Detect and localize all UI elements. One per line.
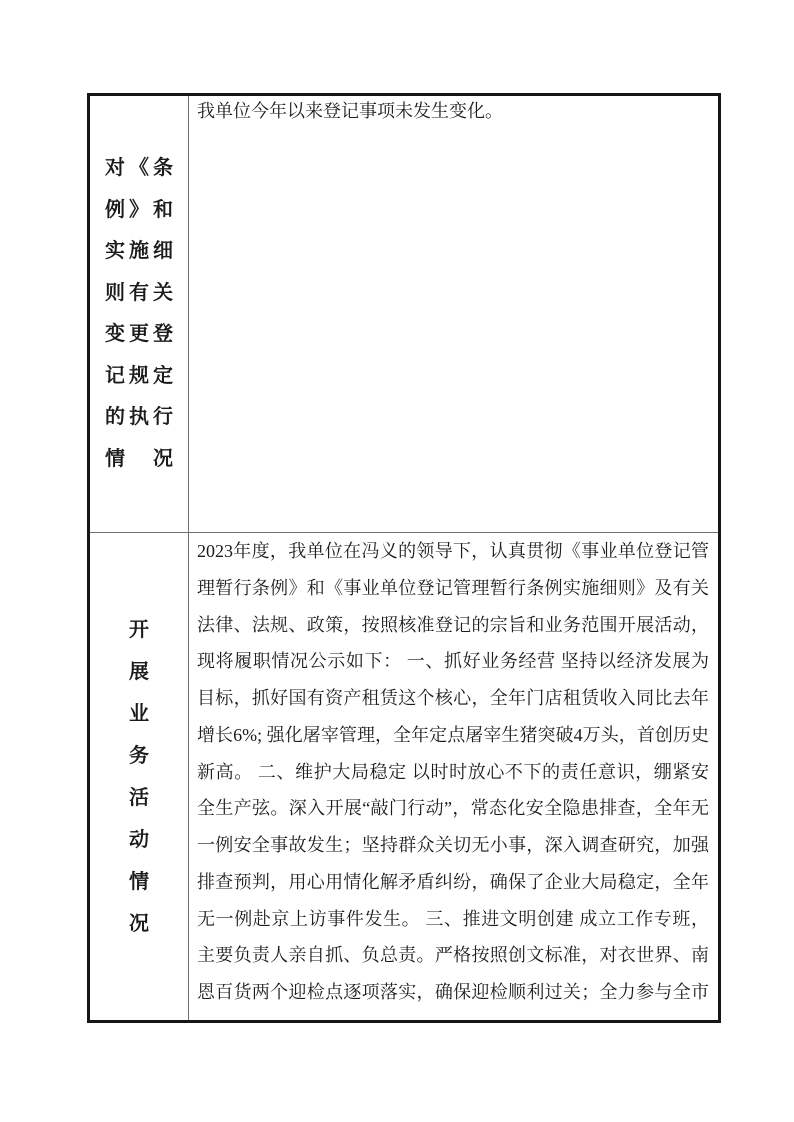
row-label-line: 的执行 xyxy=(105,397,173,439)
row-label-char: 务 xyxy=(129,735,149,777)
business-activities-label-cell: 开 展 业 务 活 动 情 况 xyxy=(90,533,189,1020)
row-label-line: 情况 xyxy=(105,439,173,481)
content-text-line: 全生产弦。深入开展“敲门行动”，常态化安全隐患排查，全年无 xyxy=(197,790,709,827)
row-label-char: 活 xyxy=(129,777,149,819)
change-registration-content-cell: 我单位今年以来登记事项未发生变化。 xyxy=(189,96,718,532)
row-label-line: 对《条 xyxy=(105,148,173,190)
content-text-line: 恩百货两个迎检点逐项落实，确保迎检顺利过关；全力参与全市 xyxy=(197,974,709,1011)
row-label-char: 动 xyxy=(129,819,149,861)
row-label-line: 实施细 xyxy=(105,231,173,273)
content-text-line: 主要负责人亲自抓、负总责。严格按照创文标准，对衣世界、南 xyxy=(197,937,709,974)
row-label-char: 展 xyxy=(129,651,149,693)
content-text-line: 2023年度，我单位在冯义的领导下，认真贯彻《事业单位登记管 xyxy=(197,533,709,570)
content-text-line: 新高。 二、维护大局稳定 以时时放心不下的责任意识，绷紧安 xyxy=(197,754,709,791)
content-text-line: 无一例赴京上访事件发生。 三、推进文明创建 成立工作专班， xyxy=(197,901,709,938)
row-label-line: 例》和 xyxy=(105,190,173,232)
change-registration-label-cell: 对《条 例》和 实施细 则有关 变更登 记规定 的执行 情况 xyxy=(90,96,189,532)
document-page: 对《条 例》和 实施细 则有关 变更登 记规定 的执行 情况 我单位今年以来登记… xyxy=(0,0,794,1122)
content-text-line: 增长6%; 强化屠宰管理，全年定点屠宰生猪突破4万头，首创历史 xyxy=(197,717,709,754)
row-label-char: 业 xyxy=(129,693,149,735)
content-text-line: 排查预判，用心用情化解矛盾纠纷，确保了企业大局稳定，全年 xyxy=(197,864,709,901)
content-text-line: 理暂行条例》和《事业单位登记管理暂行条例实施细则》及有关 xyxy=(197,570,709,607)
row-label-char: 情 xyxy=(129,861,149,903)
content-text-line: 现将履职情况公示如下： 一、抓好业务经营 坚持以经济发展为 xyxy=(197,643,709,680)
content-text-line: 目标，抓好国有资产租赁这个核心，全年门店租赁收入同比去年 xyxy=(197,680,709,717)
table-row-change-registration: 对《条 例》和 实施细 则有关 变更登 记规定 的执行 情况 我单位今年以来登记… xyxy=(90,96,718,533)
content-text-line: 一例安全事故发生；坚持群众关切无小事，深入调查研究，加强 xyxy=(197,827,709,864)
table-row-business-activities: 开 展 业 务 活 动 情 况 2023年度，我单位在冯义的领导下，认真贯彻《事… xyxy=(90,533,718,1020)
business-activities-content-cell: 2023年度，我单位在冯义的领导下，认真贯彻《事业单位登记管 理暂行条例》和《事… xyxy=(189,533,718,1020)
annual-report-table: 对《条 例》和 实施细 则有关 变更登 记规定 的执行 情况 我单位今年以来登记… xyxy=(87,93,721,1023)
row-label-line: 则有关 xyxy=(105,273,173,315)
content-text-line: 我单位今年以来登记事项未发生变化。 xyxy=(197,96,709,127)
row-label-char: 况 xyxy=(129,903,149,945)
row-label-line: 记规定 xyxy=(105,356,173,398)
row-label-char: 开 xyxy=(129,609,149,651)
content-text-line: 法律、法规、政策，按照核准登记的宗旨和业务范围开展活动， xyxy=(197,607,709,644)
row-label-line: 变更登 xyxy=(105,314,173,356)
